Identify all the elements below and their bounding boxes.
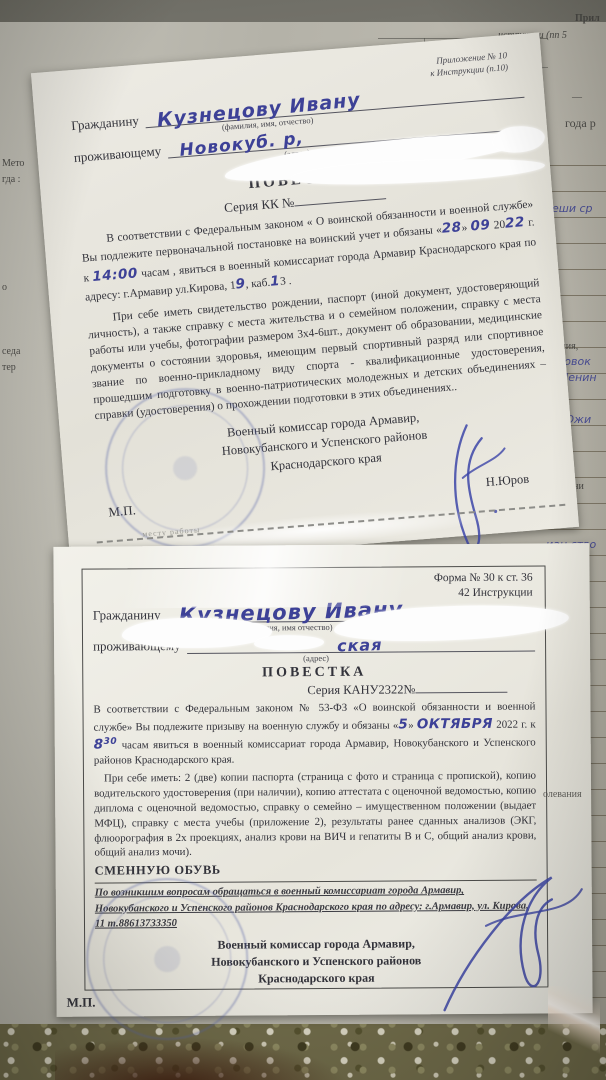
summons-document-bottom: Форма № 30 к ст. 36 42 Инструкции Гражда… [53,543,592,1017]
date-day-handwriting: 28 [441,220,462,238]
bg-text-fragment: года р [565,116,596,131]
paragraph-bring-with: При себе иметь: 2 (две) копии паспорта (… [94,769,537,861]
document-title: ПОВЕСТКА [93,663,535,682]
date-month-handwriting: 09 [470,217,491,235]
commissar-block: Военный комиссар города Армавир, Новокуб… [95,935,537,988]
bg-text-fragment: Мето [2,158,24,169]
bg-handwriting-fragment: еши ср [552,202,593,215]
summons-document-top: Приложение № 10 к Инструкции (п.10) Граж… [31,32,579,567]
citizen-label: Гражданину [71,113,140,134]
date-day-handwriting: 5 [398,716,408,732]
form-number-note: Форма № 30 к ст. 36 42 Инструкции [93,571,533,604]
seal-mark-label: М.П. [108,502,137,520]
date-month-handwriting: октября [417,716,493,733]
p1-text: часам явиться в военный комиссариат горо… [94,737,536,767]
bg-text-fragment: олевания [543,789,582,800]
date-year-handwriting: 22 [504,215,525,233]
photo-scene: Прил нструкции (пп 5 года р — Мето гда :… [0,0,606,1080]
bg-text-fragment: о [2,282,7,293]
series-label: Серия КК № [224,195,295,216]
seal-mark-label: М.П. [66,995,95,1011]
bg-text-fragment: гда : [2,174,20,185]
bg-text-fragment: — [572,92,582,103]
time-handwriting: 14:00 [92,265,139,285]
contact-note: По возникшим вопросам обращаться в военн… [95,880,537,932]
plastic-sleeve-corner [548,986,600,1060]
paragraph-appear: В соответствии с Федеральным законом № 5… [93,699,535,768]
floor-stain [55,1038,345,1080]
time-handwriting: 8 [94,737,104,753]
bg-text-fragment: седа [2,346,20,357]
bg-text-fragment: тер [2,362,16,373]
p1-text: 20 [490,219,506,232]
p1-text: 2022 г. к [493,718,536,730]
series-blank [295,198,387,206]
commissar-line3: Краснодарского края [95,968,537,988]
p1-text: » [408,719,417,731]
series-line: Серия КАНУ2322№ [93,681,535,699]
tear-off-text: месту работы [142,525,201,539]
spare-shoes-line: СМЕННУЮ ОБУВЬ [95,861,537,879]
address-label: проживающему [73,143,162,166]
commissar-name: Н.Юров [485,471,529,489]
p1-text: , каб. [245,277,271,291]
bg-text-fragment: Прил [575,13,600,24]
time-minutes-handwriting: 30 [104,737,118,747]
series-label: Серия КАНУ2322№ [307,682,415,697]
p1-text: 3 . [280,275,292,288]
series-blank [415,692,507,694]
